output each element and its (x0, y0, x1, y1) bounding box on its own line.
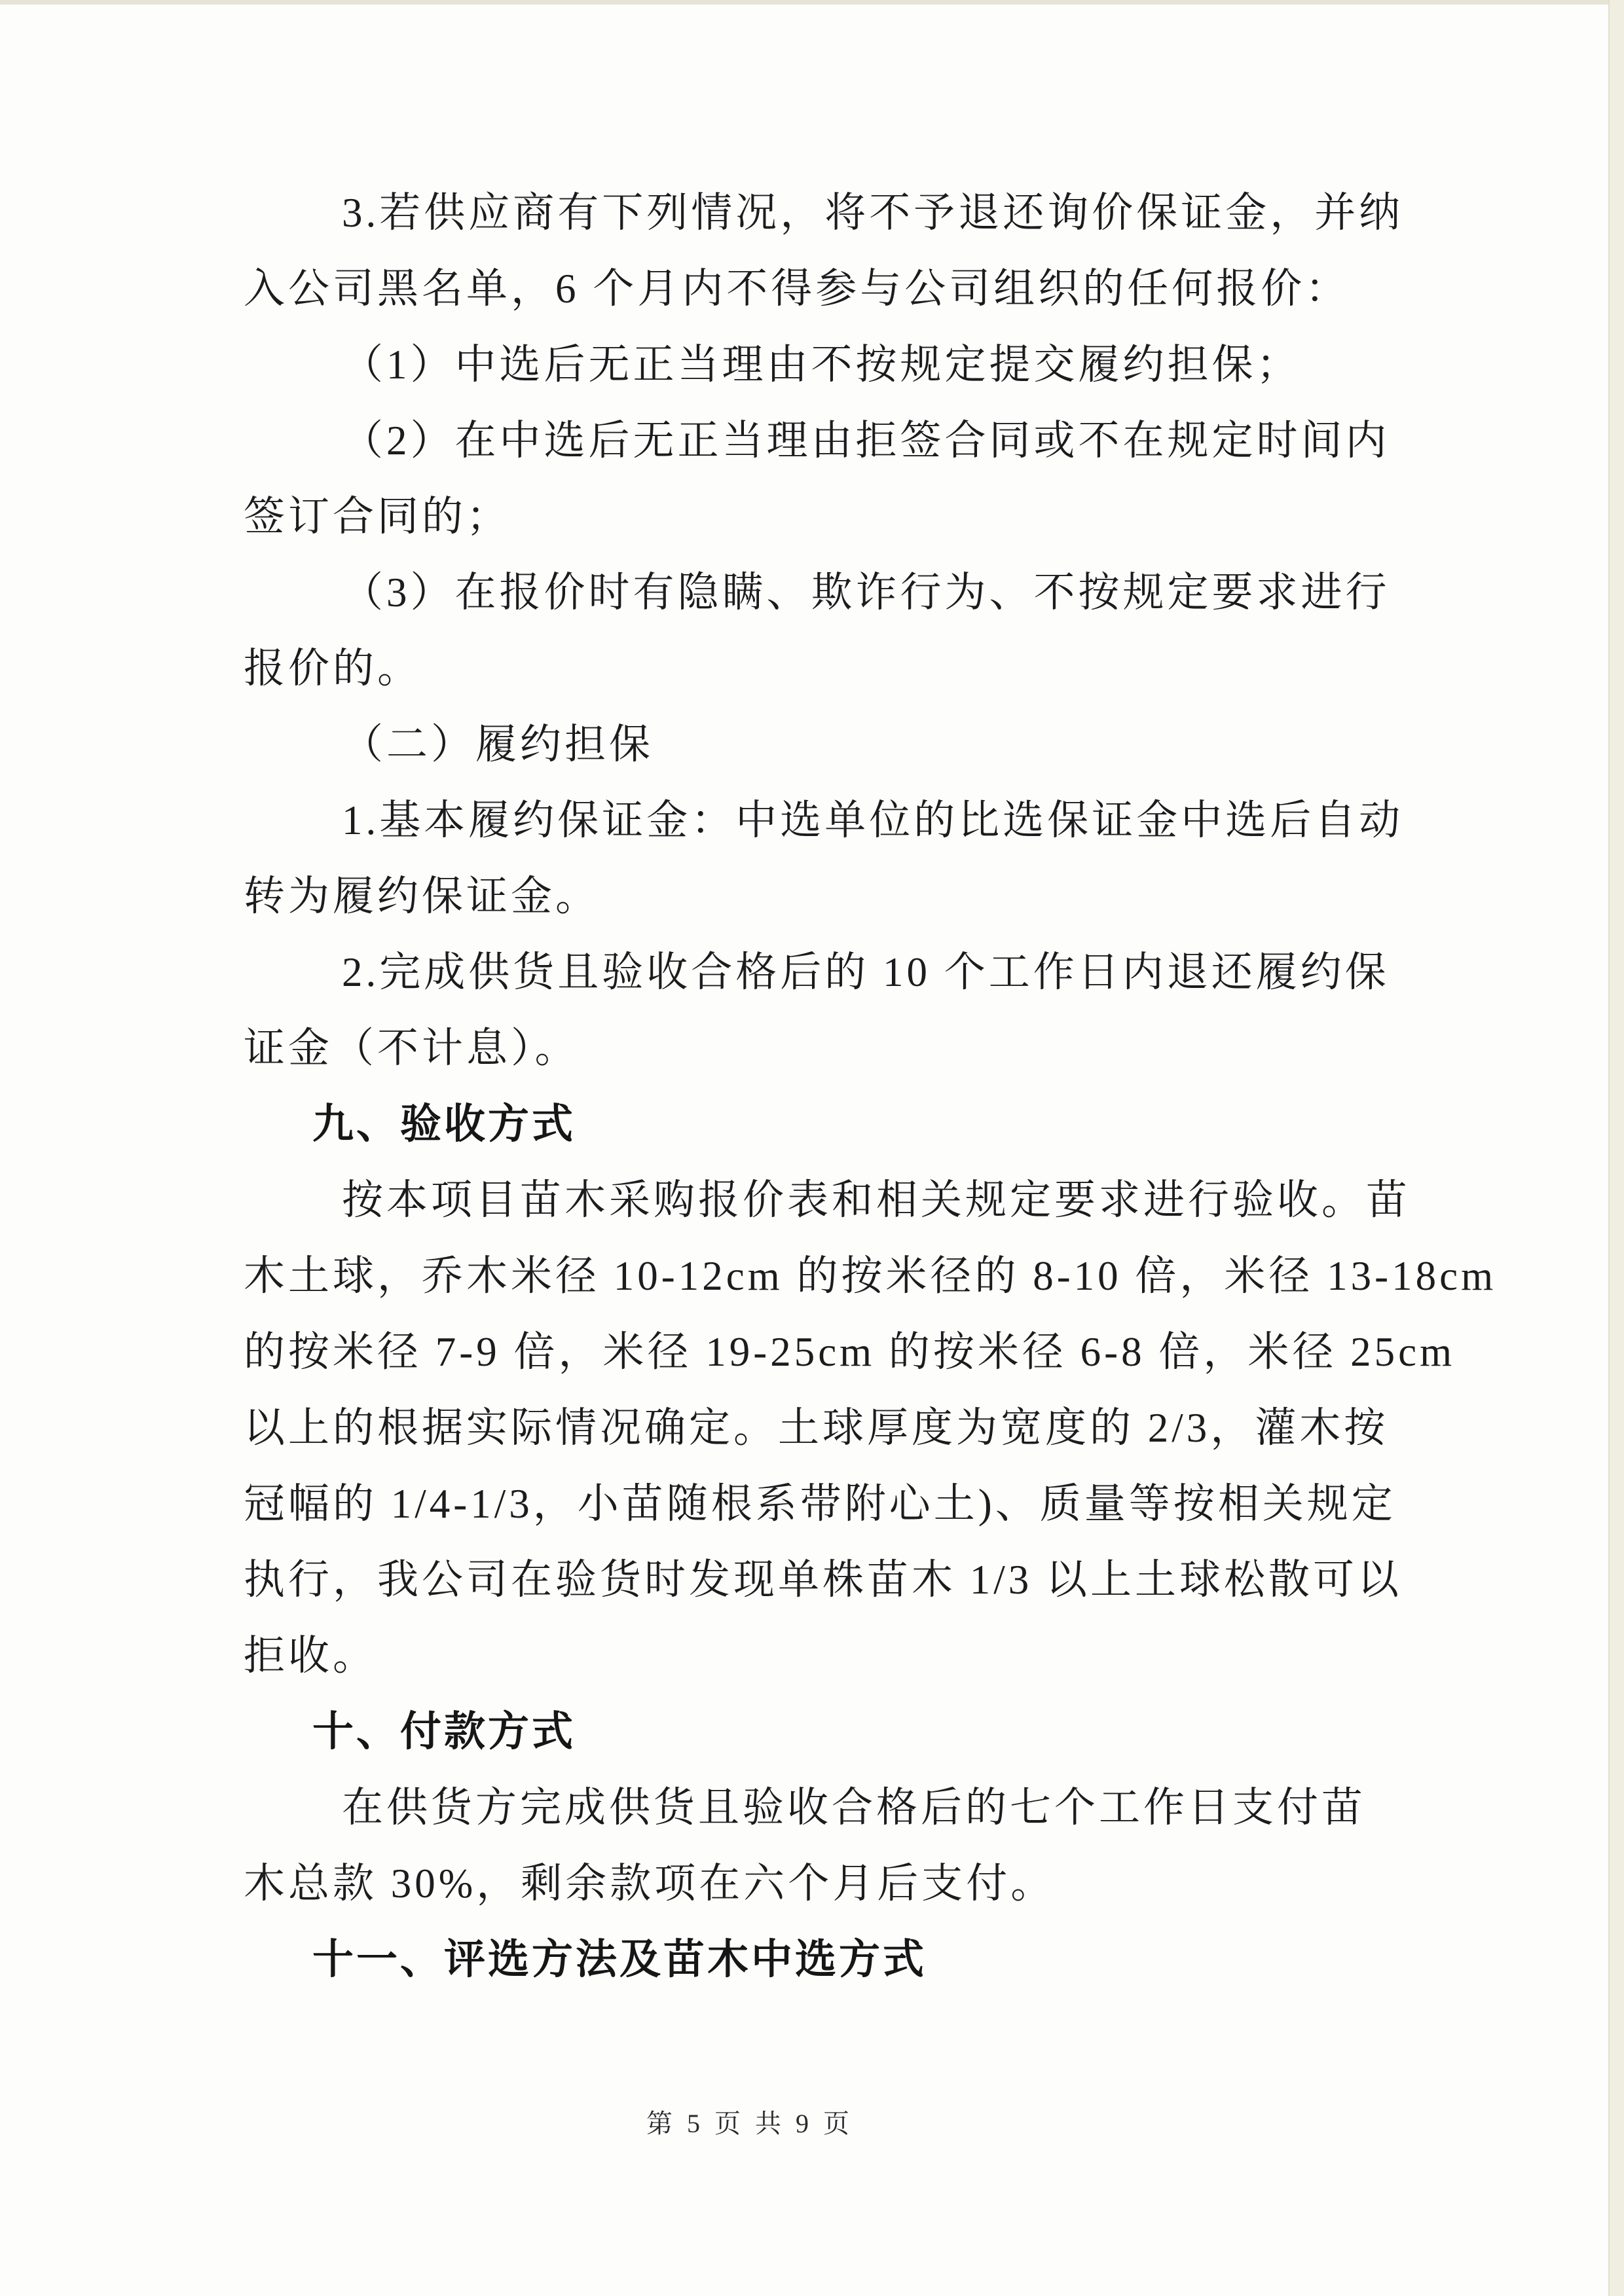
doc-line: 木总款 30%，剩余款项在六个月后支付。 (244, 1846, 1406, 1922)
doc-line: 2.完成供货且验收合格后的 10 个工作日内退还履约保 (244, 934, 1406, 1010)
doc-line: 冠幅的 1/4-1/3，小苗随根系带附心土)、质量等按相关规定 (244, 1466, 1406, 1542)
doc-line: 以上的根据实际情况确定。土球厚度为宽度的 2/3，灌木按 (244, 1390, 1406, 1466)
doc-line: 执行，我公司在验货时发现单株苗木 1/3 以上土球松散可以 (244, 1542, 1406, 1618)
doc-line: 证金（不计息）。 (244, 1010, 1406, 1086)
document-page: 3.若供应商有下列情况，将不予退还询价保证金，并纳入公司黑名单，6 个月内不得参… (0, 0, 1624, 2296)
doc-line: 木土球，乔木米径 10-12cm 的按米径的 8-10 倍，米径 13-18cm (244, 1238, 1406, 1314)
section-heading: 十一、评选方法及苗木中选方式 (244, 1922, 1406, 1997)
scan-edge-top (0, 0, 1624, 5)
doc-line: 在供货方完成供货且验收合格后的七个工作日支付苗 (244, 1770, 1406, 1846)
doc-line: 入公司黑名单，6 个月内不得参与公司组织的任何报价： (244, 251, 1406, 327)
doc-line: 报价的。 (244, 630, 1406, 706)
doc-line: （1）中选后无正当理由不按规定提交履约担保； (244, 327, 1406, 403)
doc-line: 签订合同的； (244, 479, 1406, 555)
page-footer: 第 5 页 共 9 页 (0, 2103, 1562, 2140)
doc-line: （3）在报价时有隐瞒、欺诈行为、不按规定要求进行 (244, 555, 1406, 630)
doc-line: 转为履约保证金。 (244, 858, 1406, 934)
doc-line: 的按米径 7-9 倍，米径 19-25cm 的按米径 6-8 倍，米径 25cm (244, 1314, 1406, 1390)
section-heading: 九、验收方式 (244, 1086, 1406, 1162)
doc-line: 3.若供应商有下列情况，将不予退还询价保证金，并纳 (244, 175, 1406, 251)
section-heading: 十、付款方式 (244, 1694, 1406, 1770)
scan-edge-right (1608, 0, 1624, 2296)
doc-line: （二）履约担保 (244, 706, 1406, 782)
doc-line: 按本项目苗木采购报价表和相关规定要求进行验收。苗 (244, 1162, 1406, 1238)
doc-line: （2）在中选后无正当理由拒签合同或不在规定时间内 (244, 403, 1406, 479)
document-body: 3.若供应商有下列情况，将不予退还询价保证金，并纳入公司黑名单，6 个月内不得参… (244, 175, 1406, 1997)
doc-line: 1.基本履约保证金：中选单位的比选保证金中选后自动 (244, 782, 1406, 858)
doc-line: 拒收。 (244, 1618, 1406, 1694)
